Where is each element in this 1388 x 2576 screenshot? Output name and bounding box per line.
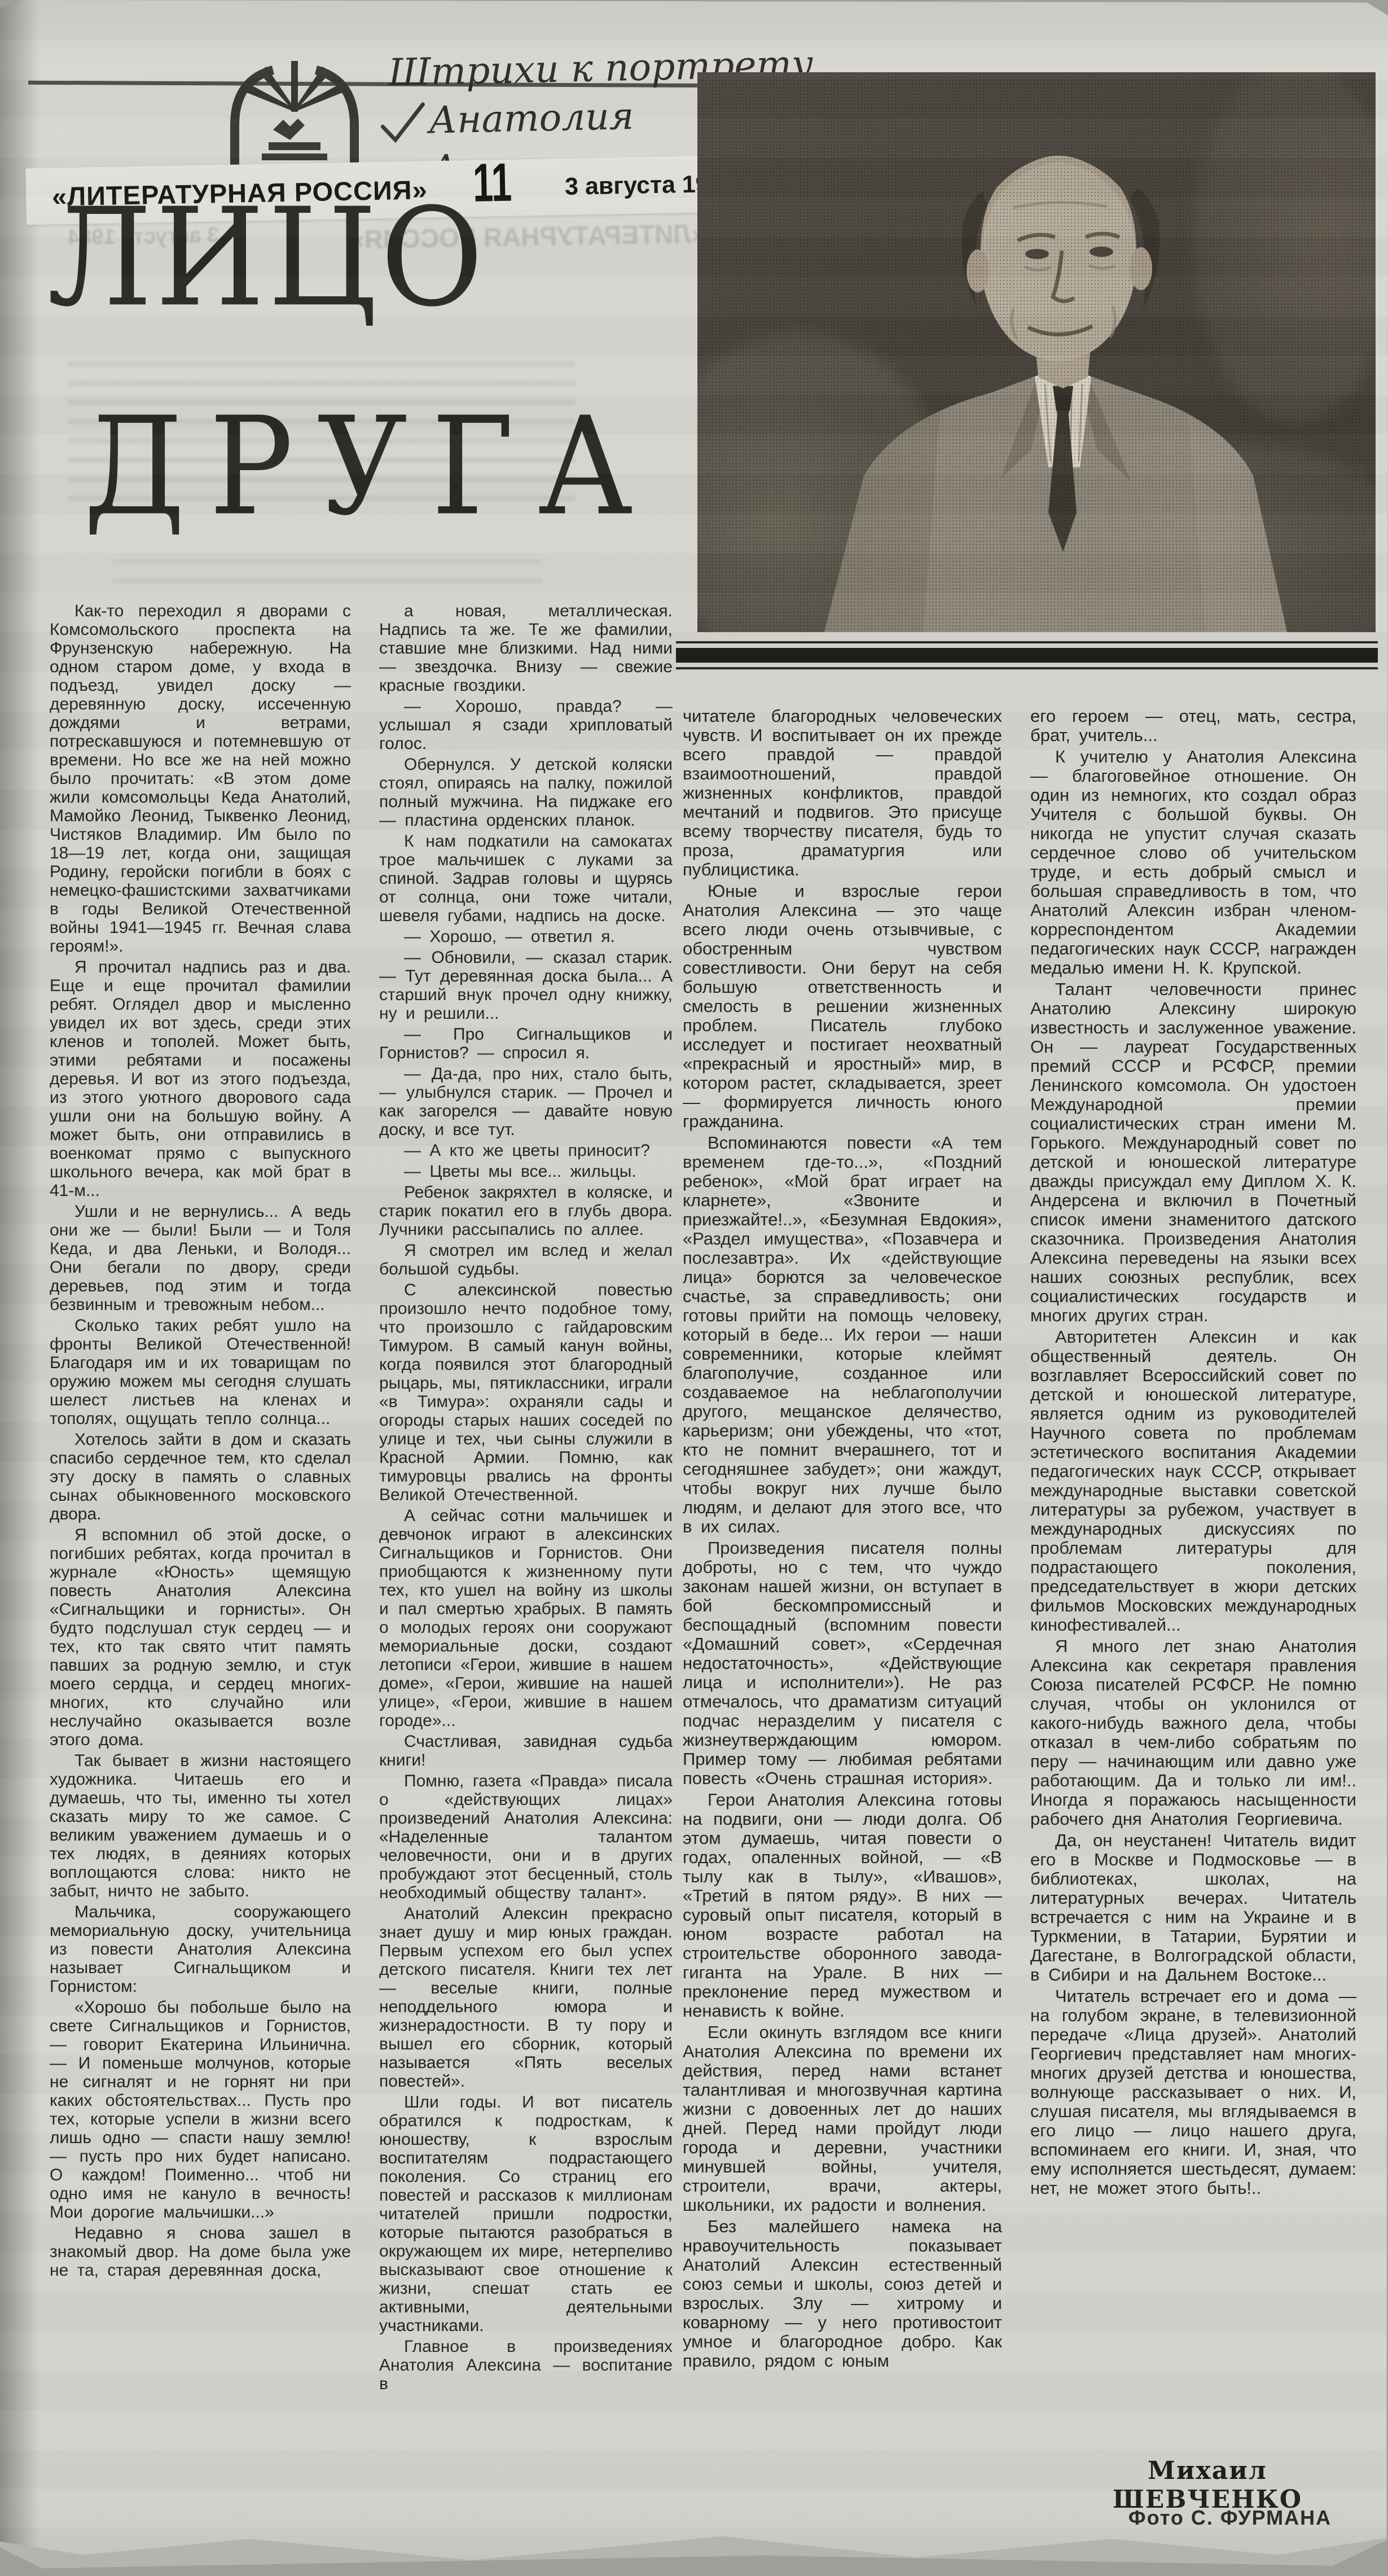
body-paragraph: читателе благородных человеческих чувств… bbox=[683, 707, 1002, 879]
body-paragraph: С алексинской повестью произошло нечто п… bbox=[379, 1281, 673, 1504]
body-paragraph: Если окинуть взглядом все книги Анатолия… bbox=[683, 2023, 1002, 2215]
body-paragraph: Счастливая, завидная судьба книги! bbox=[379, 1732, 673, 1769]
body-paragraph: — Да-да, про них, стало быть, — улыбнулс… bbox=[379, 1064, 673, 1139]
body-paragraph: Вспоминаются повести «А тем временем где… bbox=[683, 1133, 1002, 1536]
body-paragraph: Да, он неустанен! Читатель видит его в М… bbox=[1030, 1831, 1356, 1984]
body-paragraph: а новая, металлическая. Надпись та же. Т… bbox=[379, 602, 673, 695]
body-paragraph: Без малейшего намека на нравоучительност… bbox=[683, 2217, 1002, 2371]
body-paragraph: К учителю у Анатолия Алексина — благогов… bbox=[1030, 747, 1356, 978]
registration-mark bbox=[28, 183, 29, 209]
body-paragraph: Так бывает в жизни настоящего художника.… bbox=[50, 1751, 351, 1900]
column-3: читателе благородных человеческих чувств… bbox=[683, 707, 1002, 2547]
body-paragraph: Шли годы. И вот писатель обратился к под… bbox=[379, 2093, 673, 2335]
photo-credit: Фото С. ФУРМАНА bbox=[1072, 2506, 1388, 2530]
body-paragraph: Я много лет знаю Анатолия Алексина как с… bbox=[1030, 1637, 1356, 1829]
body-paragraph: — Хорошо, — ответил я. bbox=[379, 927, 673, 946]
body-paragraph: Ребенок закряхтел в коляске, и старик по… bbox=[379, 1183, 673, 1239]
body-paragraph: — Про Сигнальщиков и Горнистов? — спроси… bbox=[379, 1025, 673, 1062]
body-paragraph: Обернулся. У детской коляски стоял, опир… bbox=[379, 755, 673, 830]
scanned-newspaper-page: { "masthead": { "newspaper": "«ЛИТЕРАТУР… bbox=[0, 0, 1388, 2576]
portrait-photo bbox=[697, 72, 1376, 632]
body-paragraph: К нам подкатили на самокатах трое мальчи… bbox=[379, 832, 673, 925]
column-1: Как-то переходил я дворами с Комсомольск… bbox=[50, 602, 351, 2515]
body-paragraph: его героем — отец, мать, сестра, брат, у… bbox=[1030, 707, 1356, 745]
body-paragraph: Как-то переходил я дворами с Комсомольск… bbox=[50, 602, 351, 956]
author-byline: Михаил ШЕВЧЕНКО bbox=[1049, 2456, 1365, 2514]
body-paragraph: Анатолий Алексин прекрасно знает душу и … bbox=[379, 1904, 673, 2091]
body-paragraph: Главное в произведениях Анатолия Алексин… bbox=[379, 2337, 673, 2393]
body-paragraph: «Хорошо бы побольше было на свете Сигнал… bbox=[50, 1998, 351, 2222]
body-paragraph: — Обновили, — сказал старик. — Тут дерев… bbox=[379, 948, 673, 1023]
body-paragraph: Хотелось зайти в дом и сказать спасибо с… bbox=[50, 1430, 351, 1523]
pen-flourish-icon bbox=[380, 101, 426, 145]
body-paragraph: Авторитетен Алексин и как общественный д… bbox=[1030, 1328, 1356, 1635]
newspaper-clipping: Штрихи к портрету Анатолия Алексина «ЛИТ… bbox=[0, 0, 1388, 2576]
body-paragraph: Произведения писателя полны доброты, но … bbox=[683, 1539, 1002, 1788]
body-paragraph: — А кто же цветы приносит? bbox=[379, 1141, 673, 1160]
body-paragraph: А сейчас сотни мальчишек и девчонок игра… bbox=[379, 1506, 673, 1730]
body-paragraph: Герои Анатолия Алексина готовы на подвиг… bbox=[683, 1790, 1002, 2021]
body-paragraph: Читатель встречает его и дома — на голуб… bbox=[1030, 1987, 1356, 2198]
halftone-overlay bbox=[697, 72, 1376, 632]
body-paragraph: — Хорошо, правда? — услышал я сзади хрип… bbox=[379, 697, 673, 753]
body-paragraph: Я прочитал надпись раз и два. Еще и еще … bbox=[50, 958, 351, 1200]
body-paragraph: Мальчика, сооружающего мемориальную доск… bbox=[50, 1903, 351, 1996]
body-paragraph: Недавно я снова зашел в знакомый двор. Н… bbox=[50, 2224, 351, 2280]
bleed-through-texture bbox=[113, 559, 542, 593]
body-paragraph: Юные и взрослые герои Анатолия Алексина … bbox=[683, 882, 1002, 1131]
body-paragraph: Ушли и не вернулись... А ведь они же — б… bbox=[50, 1202, 351, 1314]
body-paragraph: Сколько таких ребят ушло на фронты Велик… bbox=[50, 1316, 351, 1428]
column-4: его героем — отец, мать, сестра, брат, у… bbox=[1030, 707, 1356, 2445]
body-paragraph: Я смотрел им вслед и желал большой судьб… bbox=[379, 1241, 673, 1278]
body-paragraph: Талант человечности принес Анатолию Алек… bbox=[1030, 980, 1356, 1325]
headline-line2: ДРУГА bbox=[84, 388, 656, 546]
body-paragraph: Помню, газета «Правда» писала о «действу… bbox=[379, 1772, 673, 1902]
scan-shadow bbox=[0, 0, 39, 2576]
column-2: а новая, металлическая. Надпись та же. Т… bbox=[379, 602, 673, 2560]
body-paragraph: — Цветы мы все... жильцы. bbox=[379, 1162, 673, 1181]
body-paragraph: Я вспомнил об этой доске, о погибших реб… bbox=[50, 1526, 351, 1749]
headline-line1: ЛИЦО bbox=[47, 179, 486, 337]
divider-rule bbox=[676, 641, 1378, 669]
